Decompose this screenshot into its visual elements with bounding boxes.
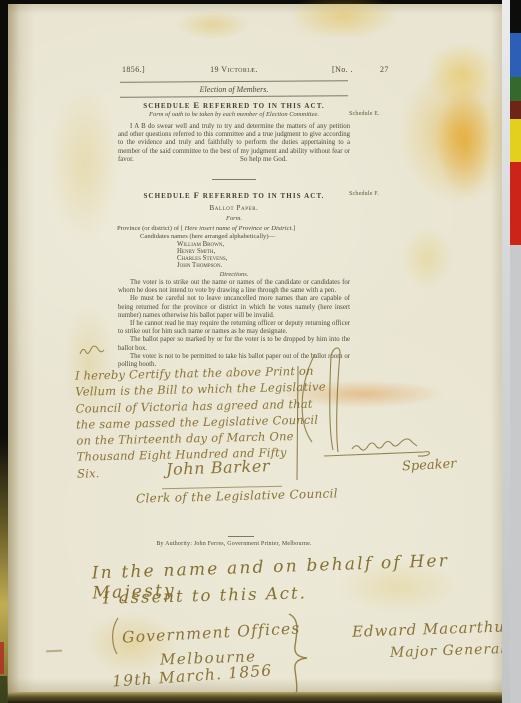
calibration-maroon: [510, 101, 521, 119]
schedule-e-form-line: Form of oath to be taken by each member …: [118, 111, 350, 118]
schedule-f-heading-rest: REFERRED TO IN THIS ACT.: [203, 192, 325, 200]
clerk-signature: John Barker: [166, 456, 271, 479]
direction-paragraph: He must be careful not to leave uncancel…: [118, 295, 350, 320]
stain: [48, 84, 120, 244]
schedule-e-heading-rest: REFERRED TO IN THIS ACT.: [203, 102, 325, 110]
direction-paragraph: If he cannot read he may require the ret…: [118, 320, 350, 336]
province-line-pre: Province (or district) of [: [117, 225, 185, 232]
schedule-e-oath: I A B do swear well and truly to try and…: [118, 123, 350, 164]
left-edge-green-patch: [0, 676, 7, 703]
stain: [401, 226, 453, 290]
schedule-e-heading-word: SCHEDULE: [143, 102, 190, 110]
candidate-name: Henry Smith,: [177, 248, 215, 255]
left-edge-red-patch: [0, 642, 4, 674]
province-line-italic: Here insert name of Province or District…: [185, 225, 293, 232]
section-divider-rule: [212, 179, 256, 180]
book-bottom-edge: [8, 692, 502, 703]
clerk-initials-paraph: [78, 344, 106, 360]
stain: [288, 0, 398, 40]
header-page-number: 27: [380, 65, 389, 74]
schedule-e-so-help: So help me God.: [240, 155, 287, 163]
candidate-name: John Thompson.: [177, 262, 222, 269]
stain: [436, 86, 494, 198]
stain: [398, 64, 518, 204]
calibration-blue: [510, 33, 521, 77]
candidates-line: Candidates names (here arranged alphabet…: [140, 233, 275, 240]
schedule-e-heading-letter: E: [193, 100, 200, 110]
calibration-yellow: [510, 119, 521, 162]
schedule-f-heading: SCHEDULE F REFERRED TO IN THIS ACT.: [118, 190, 350, 200]
imprint-rule: [228, 536, 254, 537]
schedule-f-heading-letter: F: [194, 190, 200, 200]
calibration-red: [510, 162, 521, 245]
pen-open-paren: [108, 616, 122, 656]
scanned-document-photo: 1856.] 19 Victoriæ. [No. . 27 Election o…: [0, 0, 521, 703]
pen-flourish-strokes: [260, 340, 480, 500]
candidate-name: William Brown,: [177, 241, 224, 248]
ballot-paper-label: Ballot Paper.: [118, 204, 350, 212]
header-regnal-title: 19 Victoriæ.: [118, 65, 350, 74]
calibration-green: [510, 77, 521, 101]
form-label: Form.: [118, 215, 350, 222]
schedule-e-margin-note: Schedule E.: [349, 111, 395, 117]
schedule-f-heading-word: SCHEDULE: [143, 192, 190, 200]
direction-paragraph: The voter is to strike out the name or n…: [118, 279, 350, 295]
schedule-e-heading: SCHEDULE E REFERRED TO IN THIS ACT.: [118, 100, 350, 110]
province-line-post: ]: [293, 225, 295, 232]
header-number: [No. .: [332, 65, 353, 74]
stain: [426, 42, 498, 104]
stain: [176, 10, 250, 40]
province-line: Province (or district) of [ Here insert …: [117, 225, 295, 232]
calibration-black: [510, 0, 521, 33]
scan-edge-strip: [502, 0, 510, 703]
imprint-line: By Authority: John Ferres, Government Pr…: [118, 541, 350, 547]
schedule-f-margin-note: Schedule F.: [349, 191, 395, 197]
pen-curly-brace: [283, 612, 315, 703]
running-title: Election of Members.: [118, 85, 350, 94]
directions-label: Directions.: [118, 271, 350, 278]
candidate-name: Charles Stevens,: [177, 255, 227, 262]
color-calibration-bar: [510, 0, 521, 703]
